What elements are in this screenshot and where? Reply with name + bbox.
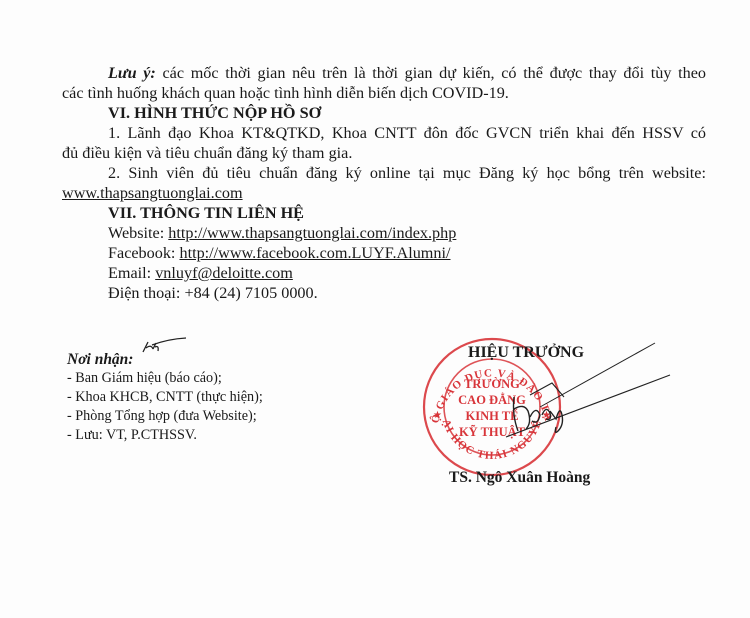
note-line-2: các tình huống khách quan hoặc tình hình…	[62, 83, 509, 103]
recipient-item: - Khoa KHCB, CNTT (thực hiện);	[67, 388, 263, 407]
note-line-1: Lưu ý: các mốc thời gian nêu trên là thờ…	[108, 63, 706, 83]
recipient-item: - Ban Giám hiệu (báo cáo);	[67, 369, 222, 388]
recipient-item: - Phòng Tổng hợp (đưa Website);	[67, 407, 257, 426]
contact-email: Email: vnluyf@deloitte.com	[108, 263, 293, 283]
section6-item1-line1: 1. Lãnh đạo Khoa KT&QTKD, Khoa CNTT đôn …	[108, 123, 706, 143]
contact-phone: Điện thoại: +84 (24) 7105 0000.	[108, 283, 318, 303]
phone-value: +84 (24) 7105 0000.	[184, 284, 317, 302]
website-link-short[interactable]: www.thapsangtuonglai.com	[62, 184, 243, 202]
section6-item2-line2: www.thapsangtuonglai.com	[62, 183, 243, 203]
phone-label: Điện thoại:	[108, 284, 180, 302]
recipients-heading: Nơi nhận:	[67, 350, 133, 370]
section6-item2-line1: 2. Sinh viên đủ tiêu chuẩn đăng ký onlin…	[108, 163, 706, 183]
email-label: Email:	[108, 264, 151, 282]
section7-heading: VII. THÔNG TIN LIÊN HỆ	[108, 203, 304, 223]
signer-name: TS. Ngô Xuân Hoàng	[449, 468, 590, 488]
note-label: Lưu ý:	[108, 64, 156, 82]
recipient-item: - Lưu: VT, P.CTHSSV.	[67, 426, 197, 445]
contact-website: Website: http://www.thapsangtuonglai.com…	[108, 223, 456, 243]
facebook-link[interactable]: http://www.facebook.com.LUYF.Alumni/	[179, 244, 450, 262]
facebook-label: Facebook:	[108, 244, 175, 262]
website-label: Website:	[108, 224, 164, 242]
section6-heading: VI. HÌNH THỨC NỘP HỒ SƠ	[108, 103, 321, 123]
website-link[interactable]: http://www.thapsangtuonglai.com/index.ph…	[168, 224, 456, 242]
note-text-1: các mốc thời gian nêu trên là thời gian …	[163, 64, 707, 82]
star-icon: ★	[433, 410, 442, 421]
email-link[interactable]: vnluyf@deloitte.com	[155, 264, 293, 282]
section6-item1-line2: đủ điều kiện và tiêu chuẩn đăng ký tham …	[62, 143, 352, 163]
handwritten-signature	[500, 335, 675, 445]
initials-mark-icon	[140, 335, 190, 357]
contact-facebook: Facebook: http://www.facebook.com.LUYF.A…	[108, 243, 451, 263]
